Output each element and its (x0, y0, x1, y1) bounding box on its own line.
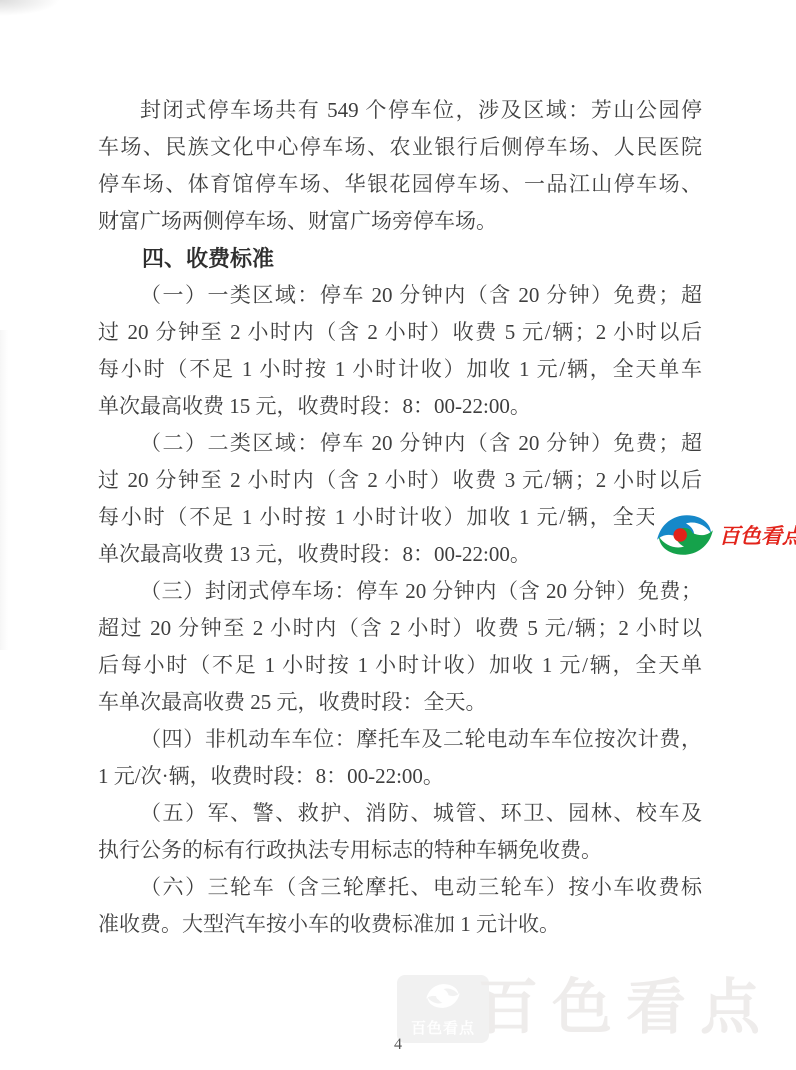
body-line: 每小时（不足 1 小时按 1 小时计收）加收 1 元/辆，全天单车 (98, 499, 702, 536)
swirl-logo-icon (654, 510, 716, 560)
body-line: （一）一类区域：停车 20 分钟内（含 20 分钟）免费；超 (98, 277, 702, 314)
intro-line: 停车场、体育馆停车场、华银花园停车场、一品江山停车场、 (98, 166, 702, 203)
intro-line: 封闭式停车场共有 549 个停车位，涉及区域：芳山公园停 (98, 92, 702, 129)
body-line: （三）封闭式停车场：停车 20 分钟内（含 20 分钟）免费； (98, 573, 702, 610)
document-body: 封闭式停车场共有 549 个停车位，涉及区域：芳山公园停 车场、民族文化中心停车… (98, 92, 702, 943)
body-line: 后每小时（不足 1 小时按 1 小时计收）加收 1 元/辆，全天单 (98, 647, 702, 684)
document-page: 百色看点 百色看点 封闭式停车场共有 549 个停车位，涉及区域：芳山公园停 车… (0, 0, 796, 1070)
body-line: 过 20 分钟至 2 小时内（含 2 小时）收费 5 元/辆；2 小时以后 (98, 314, 702, 351)
body-line: 单次最高收费 15 元，收费时段：8：00-22:00。 (98, 388, 702, 425)
body-line: 单次最高收费 13 元，收费时段：8：00-22:00。 (98, 536, 702, 573)
watermark-badge: 百色看点 (397, 975, 489, 1043)
section-heading: 四、收费标准 (98, 240, 702, 277)
body-line: 车单次最高收费 25 元，收费时段：全天。 (98, 684, 702, 721)
body-line: 准收费。大型汽车按小车的收费标准加 1 元计收。 (98, 906, 702, 943)
swirl-logo-icon (417, 981, 469, 1016)
intro-line: 车场、民族文化中心停车场、农业银行后侧停车场、人民医院 (98, 129, 702, 166)
body-line: 超过 20 分钟至 2 小时内（含 2 小时）收费 5 元/辆；2 小时以 (98, 610, 702, 647)
body-line: （六）三轮车（含三轮摩托、电动三轮车）按小车收费标 (98, 869, 702, 906)
body-line: 过 20 分钟至 2 小时内（含 2 小时）收费 3 元/辆；2 小时以后 (98, 462, 702, 499)
page-number: 4 (0, 1036, 796, 1054)
scan-smudge-top-left (0, 0, 60, 16)
body-line: 1 元/次·辆，收费时段：8：00-22:00。 (98, 758, 702, 795)
watermark-text: 百色看点 (478, 974, 796, 1042)
watermark-badge-label: 百色看点 (411, 1017, 475, 1038)
scan-smudge-left-edge (0, 330, 8, 650)
site-logo-text: 百色看点 (719, 520, 796, 550)
body-line: 执行公务的标有行政执法专用标志的特种车辆免收费。 (98, 832, 702, 869)
intro-line: 财富广场两侧停车场、财富广场旁停车场。 (98, 203, 702, 240)
body-line: （二）二类区域：停车 20 分钟内（含 20 分钟）免费；超 (98, 425, 702, 462)
body-line: （五）军、警、救护、消防、城管、环卫、园林、校车及 (98, 795, 702, 832)
body-line: 每小时（不足 1 小时按 1 小时计收）加收 1 元/辆，全天单车 (98, 351, 702, 388)
body-line: （四）非机动车车位：摩托车及二轮电动车车位按次计费， (98, 721, 702, 758)
site-logo: 百色看点 (654, 504, 796, 566)
